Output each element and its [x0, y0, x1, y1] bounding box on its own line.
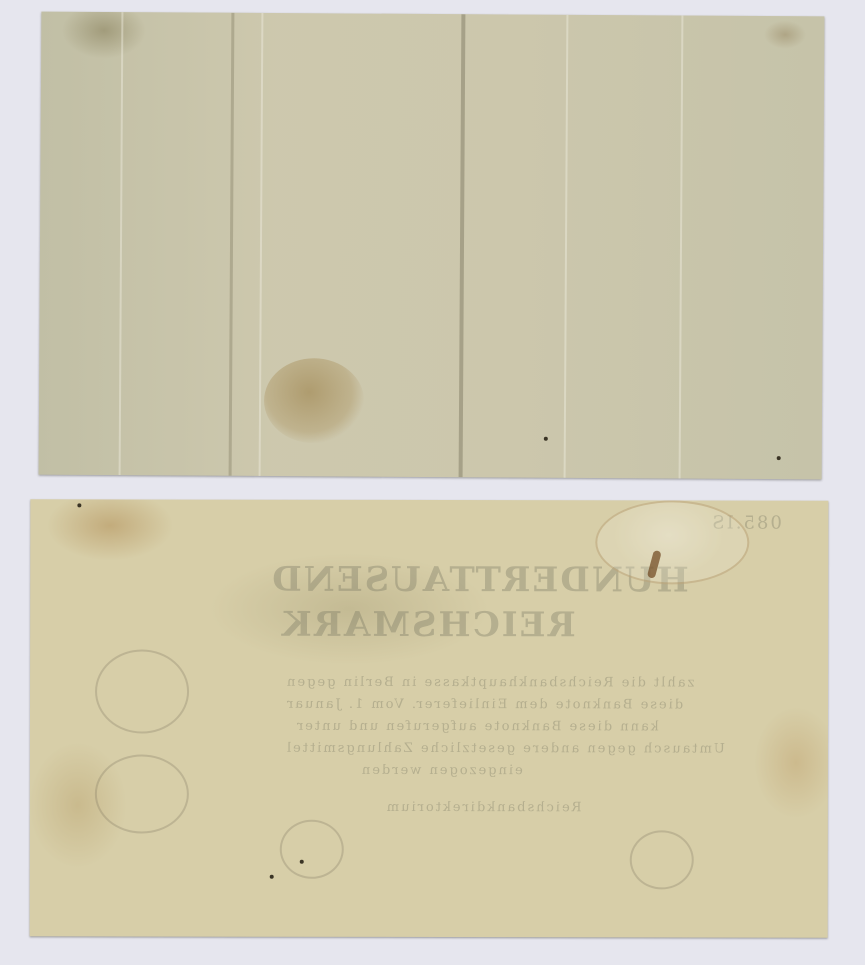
ghost-body-line: zahlt die Reichsbankhauptkasse in Berlin… [285, 675, 694, 691]
paper-texture [39, 12, 825, 480]
seal-circle [95, 754, 189, 833]
seal-circle [280, 820, 344, 879]
ghost-body-line: Umtausch gegen andere gesetzliche Zahlun… [285, 741, 725, 757]
seal-circle [95, 649, 189, 733]
spot [77, 503, 81, 507]
water-stain [595, 500, 749, 584]
lower-banknote: 085.IS HUNDERTTAUSEND REICHSMARK zahlt d… [30, 499, 829, 937]
ghost-title-line2: REICHSMARK [280, 605, 576, 646]
spot [270, 875, 274, 879]
water-stain [264, 358, 365, 444]
spot [777, 456, 781, 460]
spot [300, 860, 304, 864]
ghost-body-line: eingezogen werden [360, 763, 523, 778]
ghost-body-line: kann diese Banknote aufgerufen und unter [295, 719, 659, 735]
ghost-signature: Reichsbankdirektorium [385, 800, 582, 815]
spot [544, 437, 548, 441]
ghost-body-line: diese Banknote dem Einlieferer. Vom 1. J… [285, 697, 683, 713]
upper-banknote [39, 12, 825, 480]
seal-circle [630, 830, 694, 889]
